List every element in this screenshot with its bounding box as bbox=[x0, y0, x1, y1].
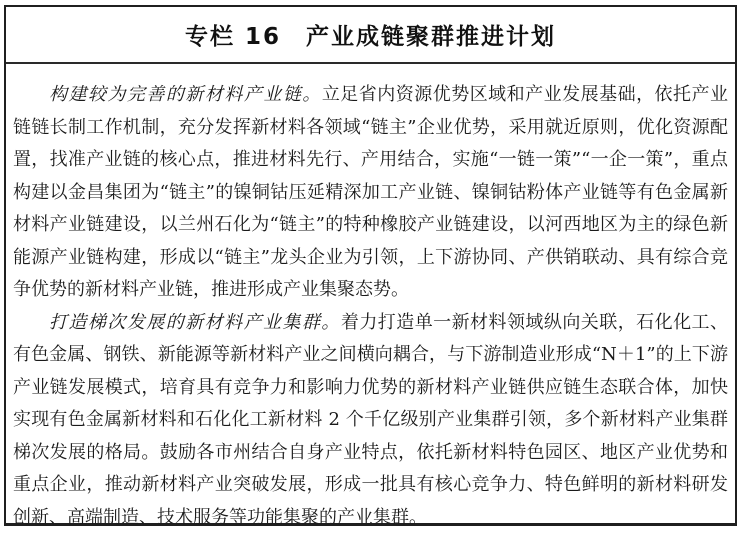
paragraph-1-lead: 构建较为完善的新材料产业链。 bbox=[49, 84, 322, 105]
panel-title: 专栏 16 产业成链聚群推进计划 bbox=[6, 7, 735, 64]
paragraph-2-lead: 打造梯次发展的新材料产业集群。 bbox=[49, 312, 341, 333]
paragraph-industry-cluster: 打造梯次发展的新材料产业集群。着力打造单一新材料领域纵向关联，石化化工、有色金属… bbox=[13, 307, 728, 535]
paragraph-2-text: 着力打造单一新材料领域纵向关联，石化化工、有色金属、钢铁、新能源等新材料产业之间… bbox=[13, 312, 728, 528]
paragraph-1-text: 立足省内资源优势区域和产业发展基础，依托产业链链长制工作机制，充分发挥新材料各领… bbox=[13, 84, 728, 300]
column-16-panel: 专栏 16 产业成链聚群推进计划 构建较为完善的新材料产业链。立足省内资源优势区… bbox=[4, 5, 737, 526]
paragraph-industry-chain: 构建较为完善的新材料产业链。立足省内资源优势区域和产业发展基础，依托产业链链长制… bbox=[13, 79, 728, 307]
panel-body: 构建较为完善的新材料产业链。立足省内资源优势区域和产业发展基础，依托产业链链长制… bbox=[6, 64, 735, 534]
